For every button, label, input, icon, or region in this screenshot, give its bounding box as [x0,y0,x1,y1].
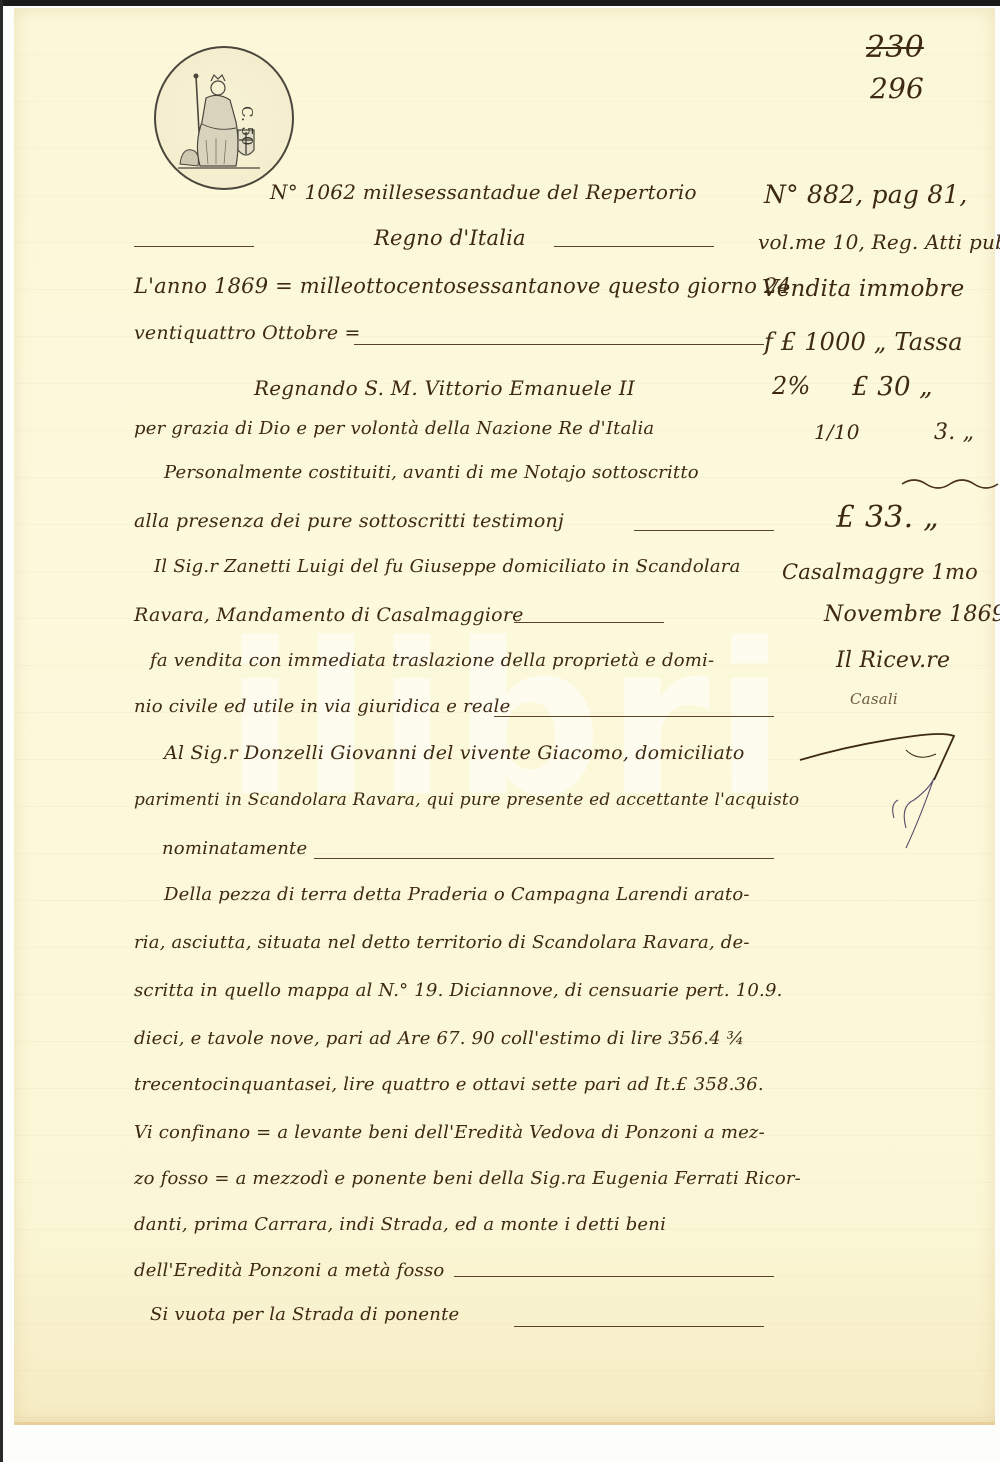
body-line-10: nio civile ed utile in via giuridica e r… [134,696,510,717]
line-10-rule [494,716,774,717]
registration-number: N° 882, pag 81, [764,180,968,209]
sale-type-note: Vendita immobre [762,276,964,302]
body-line-23: Si vuota per la Strada di ponente [150,1304,459,1325]
body-line-19: Vi confinano = a levante beni dell'Eredi… [134,1122,765,1143]
scan-border-top [0,0,1000,6]
body-line-8: Ravara, Mandamento di Casalmaggiore [134,604,524,626]
tax-tenth-label: 1/10 [814,420,860,444]
kingdom-title: Regno d'Italia [374,226,526,250]
tax-percent-label: 2% [772,372,810,400]
tax-total: £ 33. „ [836,500,939,535]
registration-date: Novembre 1869 [824,602,1000,627]
body-line-16: scritta in quello mappa al N.° 19. Dicia… [134,980,783,1001]
page-number-struck: 230 [866,30,924,65]
line-23-rule [514,1326,764,1327]
body-line-4: per grazia di Dio e per volontà della Na… [134,418,654,439]
body-line-14: Della pezza di terra detta Praderia o Ca… [164,884,750,905]
document-page: ilibri [14,8,995,1425]
body-line-21: danti, prima Carrara, indi Strada, ed a … [134,1214,666,1235]
body-line-3: Regnando S. M. Vittorio Emanuele II [254,376,635,400]
body-line-9: fa vendita con immediata traslazione del… [150,650,714,671]
line-2-rule [354,344,764,345]
receiver-title: Il Ricev.re [836,648,950,673]
body-line-12: parimenti in Scandolara Ravara, qui pure… [134,790,799,810]
body-line-1: L'anno 1869 = milleottocentosessantanove… [134,274,791,298]
body-line-7: Il Sig.r Zanetti Luigi del fu Giuseppe d… [154,556,741,577]
body-line-2: ventiquattro Ottobre = [134,322,361,344]
registration-volume: vol.me 10, Reg. Atti pubb. [758,230,1000,254]
line-8-rule [514,622,664,623]
body-line-18: trecentocinquantasei, lire quattro e ott… [134,1074,764,1095]
body-line-17: dieci, e tavole nove, pari ad Are 67. 90… [134,1028,744,1049]
scan-border-left [0,0,3,1462]
body-line-5: Personalmente costituiti, avanti di me N… [164,462,699,483]
page-number-current: 296 [870,72,924,105]
registry-office: Casalmaggre 1mo [782,560,978,584]
revenue-stamp: C. 50 [154,46,294,190]
sum-rule-wave [900,476,1000,490]
stamp-value: C. 50 [238,106,256,146]
header-rule-left [134,246,254,247]
body-line-11: Al Sig.r Donzelli Giovanni del vivente G… [164,742,744,764]
body-line-22: dell'Eredità Ponzoni a metà fosso [134,1260,444,1281]
stamp-figure-icon [156,48,292,188]
body-line-15: ria, asciutta, situata nel detto territo… [134,932,750,953]
body-line-6: alla presenza dei pure sottoscritti test… [134,510,564,532]
line-6-rule [634,530,774,531]
line-13-rule [314,858,774,859]
header-rule-right [554,246,714,247]
scan-frame: ilibri [0,0,1000,1462]
tax-tenth-amount: 3. „ [934,420,974,445]
line-22-rule [454,1276,774,1277]
body-line-13: nominatamente [162,838,307,859]
receiver-signature-flourish [794,688,994,858]
repertorio-line: N° 1062 millesessantadue del Repertorio [270,180,697,204]
body-line-20: zo fosso = a mezzodì e ponente beni dell… [134,1168,801,1189]
tax-percent-amount: £ 30 „ [852,372,933,402]
sale-amount: f £ 1000 „ Tassa [764,328,963,356]
